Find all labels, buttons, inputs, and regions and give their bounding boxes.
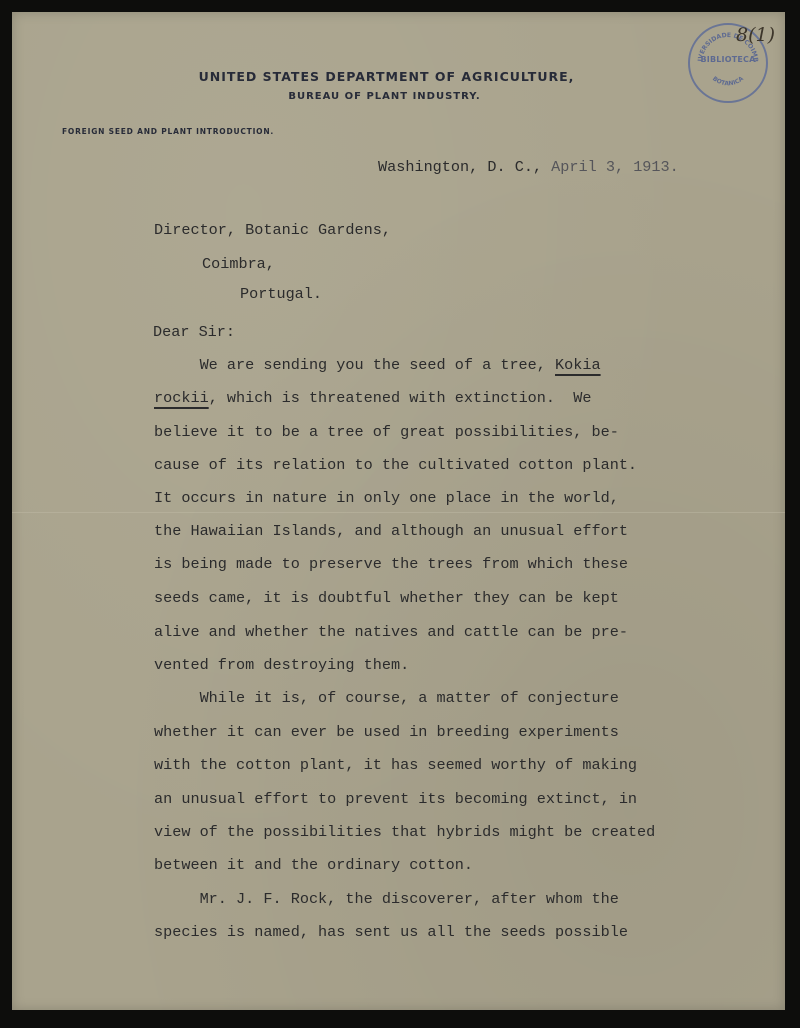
body-text: We are sending you the seed of a tree, bbox=[154, 356, 555, 374]
body-text: While it is, of course, a matter of conj… bbox=[154, 689, 619, 707]
body-text: cause of its relation to the cultivated … bbox=[154, 456, 637, 474]
body-text: with the cotton plant, it has seemed wor… bbox=[154, 756, 637, 774]
body-text: It occurs in nature in only one place in… bbox=[154, 489, 619, 507]
underlined-species-name: rockii bbox=[154, 389, 209, 407]
letter-page: UNITED STATES DEPARTMENT OF AGRICULTURE,… bbox=[12, 12, 785, 1010]
body-text: , which is threatened with extinction. W… bbox=[209, 389, 592, 407]
salutation: Dear Sir: bbox=[153, 323, 235, 341]
dateline: Washington, D. C., April 3, 1913. bbox=[378, 158, 679, 176]
body-line: alive and whether the natives and cattle… bbox=[154, 623, 628, 641]
address-line-3: Portugal. bbox=[240, 285, 322, 303]
body-line: with the cotton plant, it has seemed wor… bbox=[154, 756, 637, 774]
address-line-2: Coimbra, bbox=[202, 255, 275, 273]
dateline-place: Washington, D. C., bbox=[378, 158, 551, 176]
letterhead-department: UNITED STATES DEPARTMENT OF AGRICULTURE, bbox=[0, 69, 773, 84]
body-line: the Hawaiian Islands, and although an un… bbox=[154, 522, 628, 540]
body-text: believe it to be a tree of great possibi… bbox=[154, 423, 619, 441]
dateline-date: April 3, 1913. bbox=[551, 158, 679, 176]
body-text: between it and the ordinary cotton. bbox=[154, 856, 473, 874]
address-line-1: Director, Botanic Gardens, bbox=[154, 221, 391, 239]
body-text: an unusual effort to prevent its becomin… bbox=[154, 790, 637, 808]
handwritten-catalog-mark: 8(1) bbox=[736, 24, 775, 46]
body-text: seeds came, it is doubtful whether they … bbox=[154, 589, 619, 607]
body-line: While it is, of course, a matter of conj… bbox=[154, 689, 619, 707]
body-line: vented from destroying them. bbox=[154, 656, 409, 674]
body-line: seeds came, it is doubtful whether they … bbox=[154, 589, 619, 607]
underlined-species-name: Kokia bbox=[555, 356, 601, 374]
body-line: whether it can ever be used in breeding … bbox=[154, 723, 619, 741]
body-line: species is named, has sent us all the se… bbox=[154, 923, 628, 941]
stamp-center-text: BIBLIOTECA bbox=[690, 55, 766, 64]
body-text: view of the possibilities that hybrids m… bbox=[154, 823, 655, 841]
body-text: Mr. J. F. Rock, the discoverer, after wh… bbox=[154, 890, 619, 908]
body-line: believe it to be a tree of great possibi… bbox=[154, 423, 619, 441]
body-line: Mr. J. F. Rock, the discoverer, after wh… bbox=[154, 890, 619, 908]
body-line: rockii, which is threatened with extinct… bbox=[154, 389, 591, 407]
letterhead-bureau: BUREAU OF PLANT INDUSTRY. bbox=[0, 91, 771, 102]
body-text: is being made to preserve the trees from… bbox=[154, 555, 628, 573]
body-text: whether it can ever be used in breeding … bbox=[154, 723, 619, 741]
body-text: alive and whether the natives and cattle… bbox=[154, 623, 628, 641]
body-text: species is named, has sent us all the se… bbox=[154, 923, 628, 941]
body-line: We are sending you the seed of a tree, K… bbox=[154, 356, 601, 374]
body-text: vented from destroying them. bbox=[154, 656, 409, 674]
body-line: view of the possibilities that hybrids m… bbox=[154, 823, 655, 841]
body-line: is being made to preserve the trees from… bbox=[154, 555, 628, 573]
svg-text:BOTANICA: BOTANICA bbox=[711, 75, 745, 87]
division-heading: FOREIGN SEED AND PLANT INTRODUCTION. bbox=[62, 127, 274, 136]
body-line: cause of its relation to the cultivated … bbox=[154, 456, 637, 474]
body-line: between it and the ordinary cotton. bbox=[154, 856, 473, 874]
body-text: the Hawaiian Islands, and although an un… bbox=[154, 522, 628, 540]
body-line: It occurs in nature in only one place in… bbox=[154, 489, 619, 507]
paper-fold-line bbox=[12, 512, 785, 513]
body-line: an unusual effort to prevent its becomin… bbox=[154, 790, 637, 808]
